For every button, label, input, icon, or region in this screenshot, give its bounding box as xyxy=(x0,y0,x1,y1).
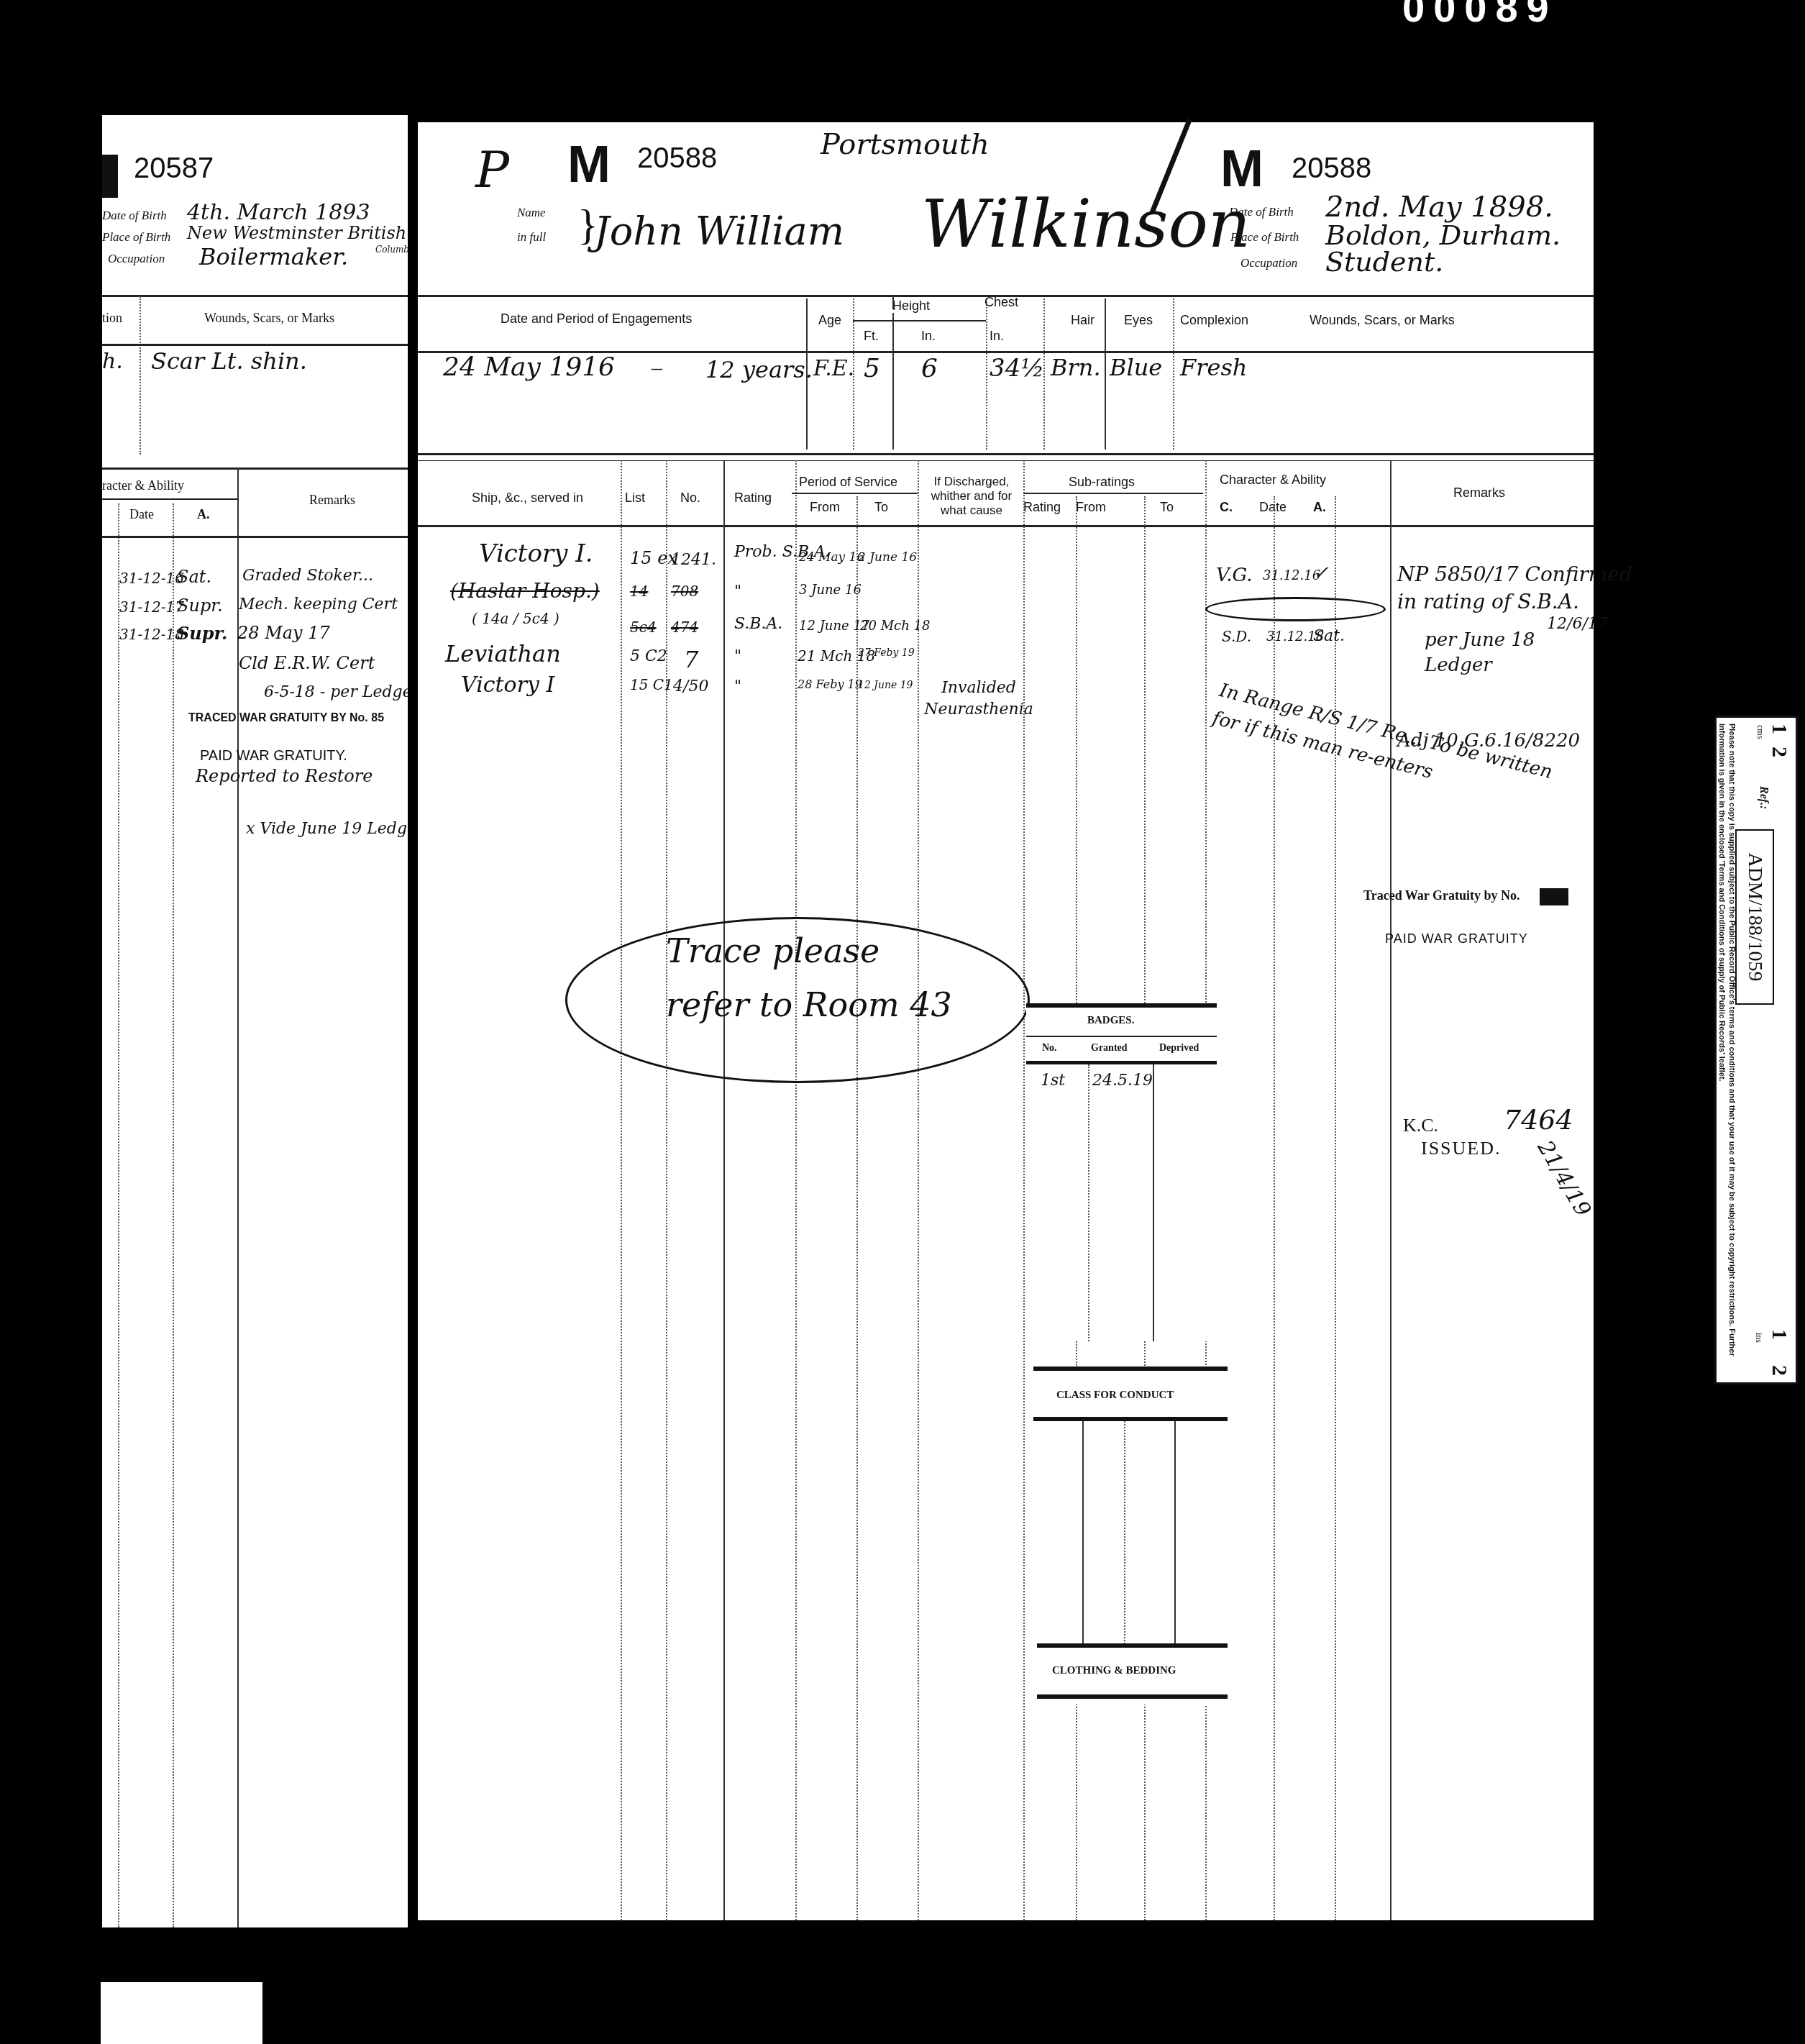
row-date: 31-12-18 xyxy=(119,626,184,643)
list-cell: 15 C1 xyxy=(630,676,673,693)
list-cell: 5 C2 xyxy=(630,647,667,665)
engagement-date: 24 May 1916 xyxy=(443,352,615,382)
class-for-conduct-title: CLASS FOR CONDUCT xyxy=(1056,1390,1174,1402)
eyes-value: Blue xyxy=(1110,354,1162,381)
complexion-header: Complexion xyxy=(1180,313,1248,328)
card-spine xyxy=(408,115,418,1927)
ability-header: A. xyxy=(197,507,210,522)
surname: Wilkinson xyxy=(921,186,1251,263)
row-ability: Supr. xyxy=(177,596,223,616)
from-cell: 3 June 16 xyxy=(799,583,862,598)
adj-remark: Adj 10.G.6.16/8220 xyxy=(1397,730,1580,752)
character-a: ✓ xyxy=(1313,562,1329,584)
port-name: Portsmouth xyxy=(821,128,990,161)
oval-note-line-2: refer to Room 43 xyxy=(666,985,952,1024)
rating-cell: " xyxy=(734,677,741,695)
remark-extra: 6-5-18 - per Ledger xyxy=(264,683,419,701)
no-cell: 7 xyxy=(684,646,698,673)
remark-line: Ledger xyxy=(1425,654,1492,676)
sub-to-header: To xyxy=(1160,500,1174,515)
wounds-header: Wounds, Scars, or Marks xyxy=(204,311,334,326)
engagement-period: 12 years. xyxy=(705,356,813,383)
age-value: F.E. xyxy=(813,356,854,381)
sub-rating-header: Rating xyxy=(1023,500,1061,515)
no-cell: 708 xyxy=(671,583,698,600)
left-card: 20587 Date of Birth Place of Birth Occup… xyxy=(102,115,408,1927)
hair-header: Hair xyxy=(1071,313,1095,328)
left-service-number: 20587 xyxy=(134,152,214,185)
ink-blot xyxy=(1540,888,1568,905)
badges-no-header: No. xyxy=(1042,1043,1057,1054)
badge-no: 1st xyxy=(1041,1072,1065,1090)
ref-label: Ref.: xyxy=(1757,786,1770,809)
period-header: Period of Service xyxy=(799,475,897,490)
row-date: 31-12-16 xyxy=(119,570,184,587)
from-cell: 12 June 17 xyxy=(799,619,869,634)
ship-cell: (Haslar Hosp.) xyxy=(450,579,600,603)
list-cell: 5c4 xyxy=(630,619,657,636)
paid-gratuity-stamp: PAID WAR GRATUITY xyxy=(1385,931,1528,946)
chest-value: 34½ xyxy=(990,354,1044,383)
given-names: John William xyxy=(594,209,844,254)
chest-in-header: In. xyxy=(990,329,1004,344)
a-header: A. xyxy=(1313,500,1326,515)
issued-date: 21/4/19 xyxy=(1532,1136,1596,1221)
kc-label: K.C. xyxy=(1403,1115,1438,1136)
ruler-cms-label: cms xyxy=(1755,725,1765,739)
badges-deprived-header: Deprived xyxy=(1159,1043,1199,1054)
from-cell: 24 May 16 xyxy=(799,550,864,565)
to-cell: 20 Mch 18 xyxy=(860,619,930,634)
character-c: S.D. xyxy=(1222,628,1251,645)
dob-label: Date of Birth xyxy=(102,209,167,223)
in-header: In. xyxy=(921,329,936,344)
clothing-bedding-title: CLOTHING & BEDDING xyxy=(1052,1665,1176,1677)
subratings-header: Sub-ratings xyxy=(1069,475,1135,490)
no-cell: 1241. xyxy=(671,551,716,569)
document-reference: ADM/188/1059 xyxy=(1735,829,1774,1005)
ruler-cm-2: 2 xyxy=(1767,747,1791,757)
copyright-notice: Please note that this copy is supplied s… xyxy=(1717,724,1737,1371)
m-block xyxy=(102,155,118,198)
oval-mark xyxy=(1205,597,1386,621)
reported-note: Reported to Restore xyxy=(196,766,373,786)
from-header: From xyxy=(810,500,840,515)
dob-label: Date of Birth xyxy=(1229,205,1294,219)
traced-gratuity-stamp: TRACED WAR GRATUITY BY No. 85 xyxy=(188,712,384,725)
traced-gratuity-stamp: Traced War Gratuity by No. xyxy=(1363,888,1520,903)
ship-cell: Victory I. xyxy=(479,539,593,568)
ruler-in-1: 1 xyxy=(1767,1329,1791,1340)
no-cell: 474 xyxy=(671,619,698,636)
date-header: Date xyxy=(129,507,154,522)
pob-label: Place of Birth xyxy=(1230,230,1299,245)
wounds-header: Wounds, Scars, or Marks xyxy=(1310,313,1455,328)
ruler-cm-1: 1 xyxy=(1767,724,1791,734)
to-cell: 2 June 16 xyxy=(858,550,917,565)
complexion-value: Fresh xyxy=(1180,354,1247,381)
ruler-ins-label: ins xyxy=(1753,1333,1764,1343)
ship-header: Ship, &c., served in xyxy=(472,491,583,506)
remarks-header: Remarks xyxy=(309,493,355,508)
rating-cell: S.B.A. xyxy=(734,615,782,633)
character-header: racter & Ability xyxy=(102,478,184,493)
dash: – xyxy=(652,356,662,380)
date-period-header: Date and Period of Engagements xyxy=(501,311,692,327)
eyes-header: Eyes xyxy=(1124,313,1153,328)
remark-line: in rating of S.B.A. xyxy=(1397,590,1579,613)
paid-gratuity-stamp: PAID WAR GRATUITY. xyxy=(200,748,347,765)
ship-cell: Leviathan xyxy=(445,640,561,667)
height-ft: 5 xyxy=(864,354,880,383)
badge-granted: 24.5.19 xyxy=(1092,1072,1153,1090)
row-remark: Mech. keeping Cert xyxy=(239,596,398,613)
sub-from-header: From xyxy=(1076,500,1106,515)
row-remark: Graded Stoker... xyxy=(242,567,373,585)
character-header: Character & Ability xyxy=(1220,473,1326,488)
complexion-header-partial: tion xyxy=(102,311,122,326)
pob-label: Place of Birth xyxy=(102,230,170,245)
oval-note-line-1: Trace please xyxy=(666,931,879,970)
complexion-partial: h. xyxy=(102,349,123,374)
pro-reference-label: 1 2 cms Ref.: ADM/188/1059 1 2 ins Pleas… xyxy=(1714,716,1798,1384)
occupation-label: Occupation xyxy=(108,252,165,266)
ship-cell: Victory I xyxy=(461,672,554,698)
occupation-label: Occupation xyxy=(1240,256,1297,270)
discharged-cell: Invalided Neurasthenia xyxy=(907,677,1051,721)
card-edge xyxy=(1594,122,1601,1920)
badges-title: BADGES. xyxy=(1087,1015,1134,1027)
badges-granted-header: Granted xyxy=(1091,1043,1128,1054)
vide-note: x Vide June 19 Ledger. xyxy=(246,820,427,838)
list-header: List xyxy=(625,491,645,506)
main-card: P M 20588 Portsmouth M 20588 Name in ful… xyxy=(418,122,1594,1920)
to-cell: 12 June 19 xyxy=(858,680,913,691)
from-cell: 28 Feby 19 xyxy=(798,677,862,691)
row-date: 31-12-17 xyxy=(119,598,184,616)
p-mark: P xyxy=(475,140,509,199)
height-in: 6 xyxy=(921,354,938,383)
remarks-header: Remarks xyxy=(1453,485,1505,501)
remark-extra: Cld E.R.W. Cert xyxy=(239,653,375,673)
row-ability: Supr. xyxy=(177,623,227,644)
occupation: Student. xyxy=(1325,246,1443,278)
chest-header: Chest xyxy=(984,295,1018,310)
m-prefix: M xyxy=(567,135,609,194)
left-pob: New Westminster British xyxy=(187,223,406,243)
rating-header: Rating xyxy=(734,491,772,506)
issued-label: ISSUED. xyxy=(1421,1138,1502,1159)
class-for-conduct-table: CLASS FOR CONDUCT CLOTHING & BEDDING xyxy=(1033,1367,1228,1705)
row-ability: Sat. xyxy=(177,567,211,587)
rating-cell: " xyxy=(734,647,741,665)
no-header: No. xyxy=(680,491,700,506)
row-remark: 28 May 17 xyxy=(237,623,330,643)
ruler-in-2: 2 xyxy=(1767,1365,1791,1376)
name-label: Name xyxy=(517,206,546,220)
left-dob: 4th. March 1893 xyxy=(187,200,370,225)
list-cell: 14 xyxy=(630,583,648,600)
remark-line: per June 18 xyxy=(1425,629,1535,651)
rating-cell: " xyxy=(734,583,741,601)
service-number-right: 20588 xyxy=(1292,152,1371,185)
to-header: To xyxy=(874,500,888,515)
kc-number: 7464 xyxy=(1504,1104,1573,1136)
name-label-2: in full xyxy=(517,230,546,245)
height-header: Height xyxy=(892,298,930,314)
no-cell: 4/50 xyxy=(673,677,708,695)
character-date: 31.12.16 xyxy=(1263,568,1320,583)
hair-value: Brn. xyxy=(1051,354,1101,381)
ship-cell: ( 14a / 5c4 ) xyxy=(472,610,559,627)
discharged-header: If Discharged, whither and for what caus… xyxy=(921,475,1022,518)
service-number: 20588 xyxy=(637,142,717,175)
card-tab xyxy=(101,1982,262,2044)
frame-number: 00089 xyxy=(1402,0,1558,31)
character-a: Sat. xyxy=(1313,627,1345,645)
ft-header: Ft. xyxy=(864,329,879,344)
age-header: Age xyxy=(818,313,841,328)
badges-table: BADGES. No. Granted Deprived 1st 24.5.19 xyxy=(1026,1003,1217,1341)
character-c: V.G. xyxy=(1216,565,1253,586)
left-wounds: Scar Lt. shin. xyxy=(151,347,307,375)
left-occupation: Boilermaker. xyxy=(199,243,348,270)
c-header: C. xyxy=(1220,500,1233,515)
to-cell: 27 Feby 19 xyxy=(858,647,915,659)
